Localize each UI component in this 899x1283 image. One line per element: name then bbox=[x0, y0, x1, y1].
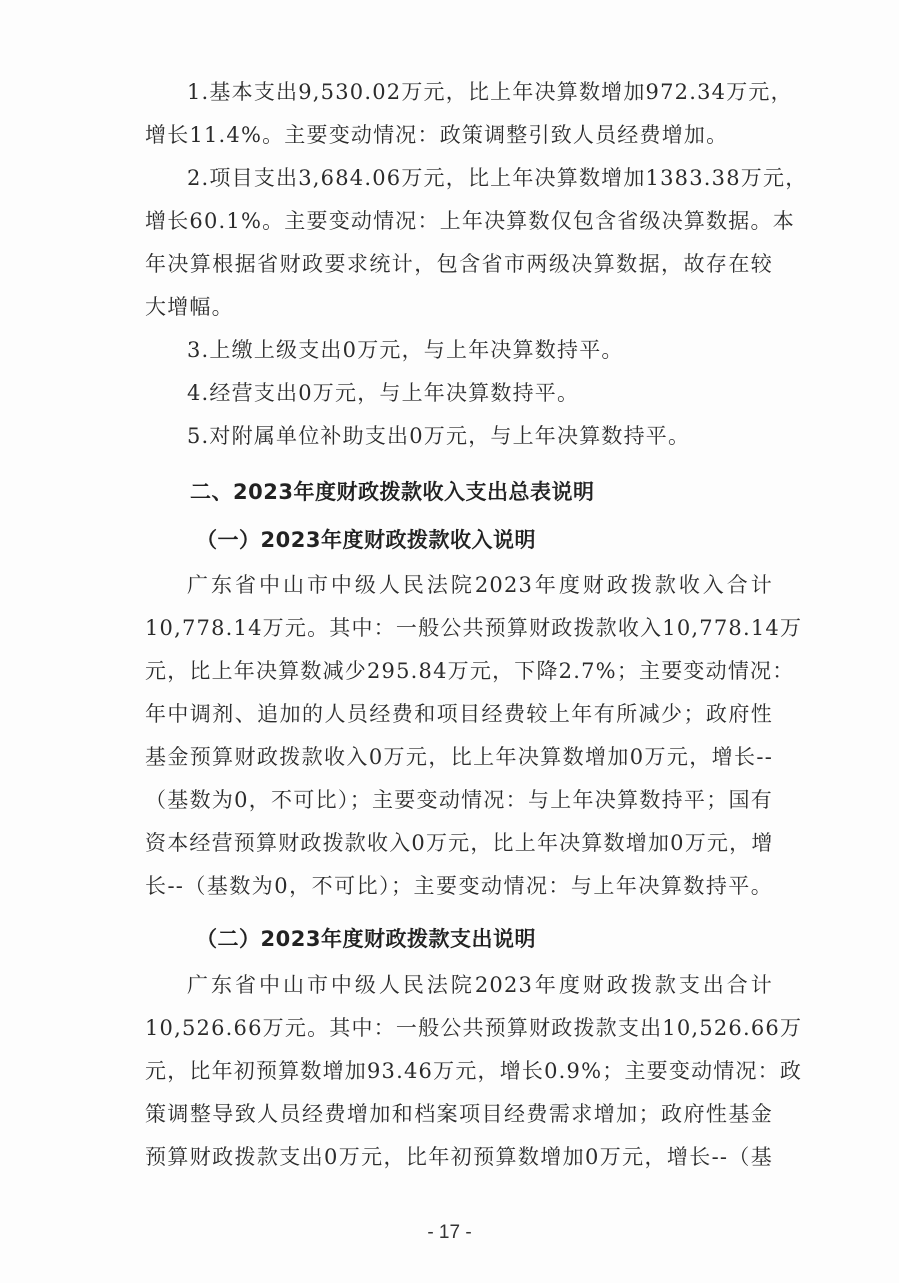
income-line-2: 10,778.14万元。其中：一般公共预算财政拨款收入10,778.14万 bbox=[145, 613, 773, 643]
income-line-5: 基金预算财政拨款收入0万元，比上年决算数增加0万元，增长-- bbox=[145, 742, 773, 772]
item3: 3.上缴上级支出0万元，与上年决算数持平。 bbox=[187, 335, 773, 365]
item2-line1: 2.项目支出3,684.06万元，比上年决算数增加1383.38万元， bbox=[187, 163, 773, 193]
expense-line-4: 策调整导致人员经费增加和档案项目经费需求增加；政府性基金 bbox=[145, 1099, 773, 1129]
item5: 5.对附属单位补助支出0万元，与上年决算数持平。 bbox=[187, 421, 773, 451]
income-line-1: 广东省中山市中级人民法院2023年度财政拨款收入合计 bbox=[187, 570, 773, 600]
page-number: - 17 - bbox=[0, 1222, 899, 1244]
income-line-6: （基数为0，不可比）；主要变动情况：与上年决算数持平；国有 bbox=[145, 785, 773, 815]
expense-line-2: 10,526.66万元。其中：一般公共预算财政拨款支出10,526.66万 bbox=[145, 1013, 773, 1043]
income-line-3: 元，比上年决算数减少295.84万元，下降2.7%；主要变动情况： bbox=[145, 656, 773, 686]
expense-line-3: 元，比年初预算数增加93.46万元，增长0.9%；主要变动情况：政 bbox=[145, 1056, 773, 1086]
income-line-7: 资本经营预算财政拨款收入0万元，比上年决算数增加0万元，增 bbox=[145, 828, 773, 858]
item1-line2: 增长11.4%。主要变动情况：政策调整引致人员经费增加。 bbox=[145, 120, 773, 150]
item4: 4.经营支出0万元，与上年决算数持平。 bbox=[187, 378, 773, 408]
income-line-8: 长--（基数为0，不可比）；主要变动情况：与上年决算数持平。 bbox=[145, 871, 773, 901]
document-page: 1.基本支出9,530.02万元，比上年决算数增加972.34万元， 增长11.… bbox=[0, 0, 899, 1283]
item2-line4: 大增幅。 bbox=[145, 292, 773, 322]
subsection2-heading: （二）2023年度财政拨款支出说明 bbox=[196, 924, 536, 954]
item2-line3: 年决算根据省财政要求统计，包含省市两级决算数据，故存在较 bbox=[145, 249, 773, 279]
item2-line2: 增长60.1%。主要变动情况：上年决算数仅包含省级决算数据。本 bbox=[145, 206, 773, 236]
expense-line-1: 广东省中山市中级人民法院2023年度财政拨款支出合计 bbox=[187, 970, 773, 1000]
item1-line1: 1.基本支出9,530.02万元，比上年决算数增加972.34万元， bbox=[187, 77, 773, 107]
expense-line-5: 预算财政拨款支出0万元，比年初预算数增加0万元，增长--（基 bbox=[145, 1142, 773, 1172]
subsection1-heading: （一）2023年度财政拨款收入说明 bbox=[196, 525, 536, 555]
income-line-4: 年中调剂、追加的人员经费和项目经费较上年有所减少；政府性 bbox=[145, 699, 773, 729]
section2-heading: 二、2023年度财政拨款收入支出总表说明 bbox=[190, 477, 594, 507]
